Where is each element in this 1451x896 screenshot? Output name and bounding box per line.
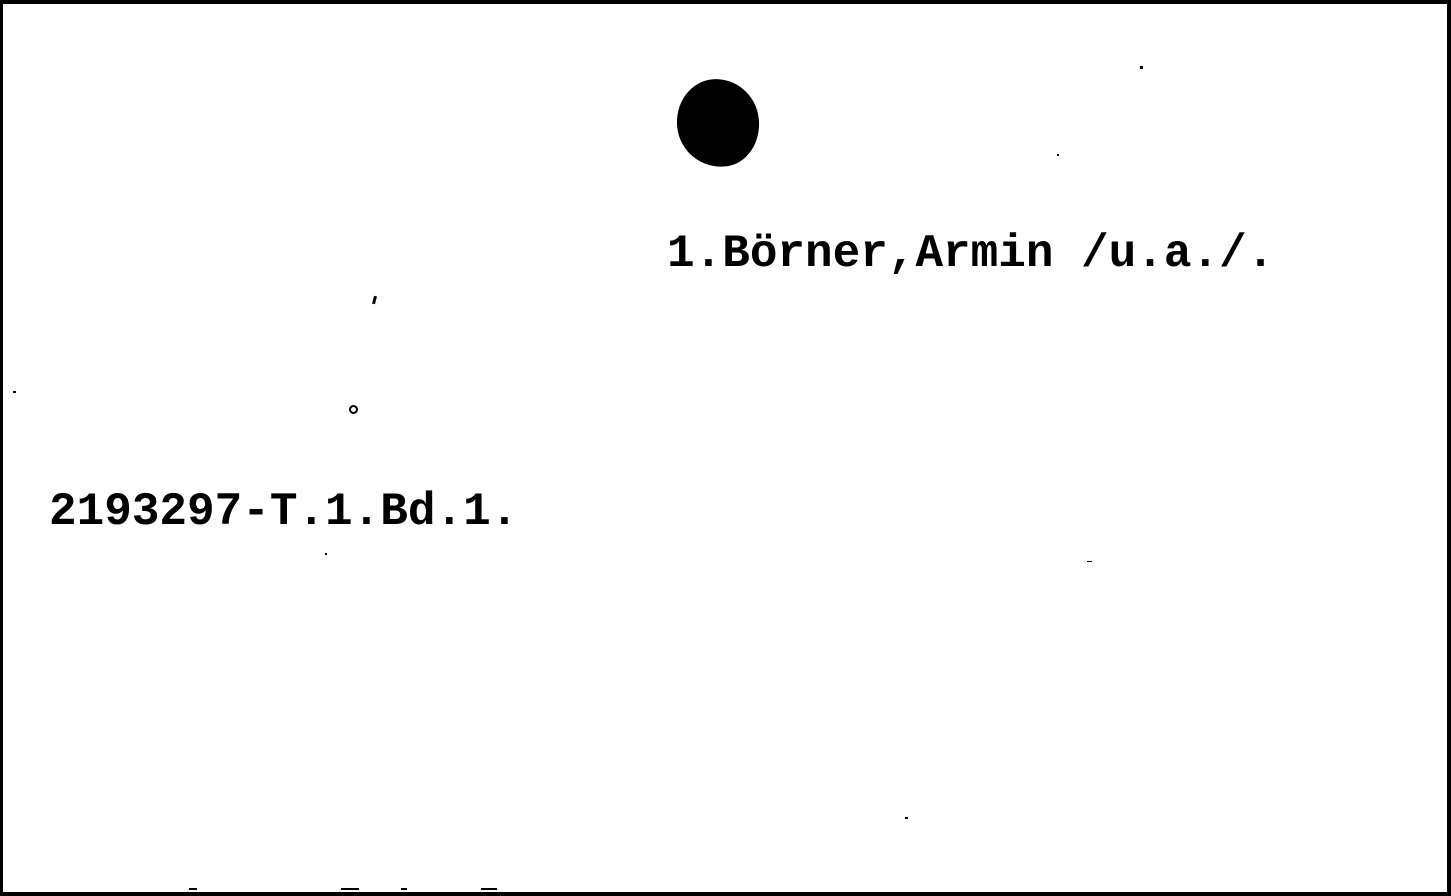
dust-speck <box>341 888 359 890</box>
index-card: 1.Börner,Armin /u.a./. 2193297-T.1.Bd.1. <box>2 4 1447 892</box>
dust-speck <box>372 296 377 305</box>
dust-speck <box>1057 154 1059 156</box>
dust-speck <box>905 817 908 819</box>
dust-speck <box>1140 66 1143 69</box>
dust-speck <box>349 405 358 414</box>
punch-hole-icon <box>673 75 764 171</box>
dust-speck <box>401 888 407 890</box>
dust-speck <box>325 553 327 555</box>
dust-speck <box>1087 561 1092 562</box>
dust-speck <box>189 888 197 890</box>
reference-number: 2193297-T.1.Bd.1. <box>49 484 518 540</box>
dust-speck <box>13 391 16 393</box>
dust-speck <box>481 888 497 890</box>
name-entry: 1.Börner,Armin /u.a./. <box>667 226 1274 282</box>
